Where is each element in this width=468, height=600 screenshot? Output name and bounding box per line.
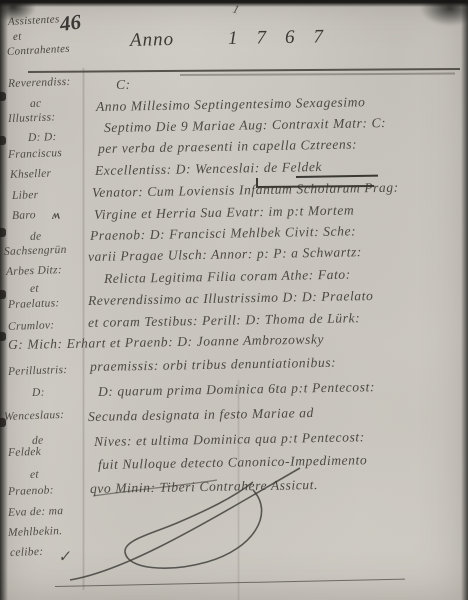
margin-note: Baro <box>12 209 36 222</box>
margin-note: Illustriss: <box>8 111 56 125</box>
binding-tick <box>0 332 6 341</box>
binding-tick <box>0 92 6 101</box>
binding-tick <box>0 228 6 237</box>
header-rule-shadow <box>180 73 455 76</box>
margin-note: Feldek <box>8 446 41 459</box>
baro-mark: ʍ <box>51 207 60 223</box>
margin-note: ac <box>30 98 42 110</box>
margin-note: Arbes Ditz: <box>6 264 62 278</box>
margin-note: Liber <box>12 189 39 202</box>
body-line: per verba de praesenti in capella Cztree… <box>98 136 357 157</box>
body-line: Relicta Legitima Filia coram Athe: Fato: <box>104 267 351 287</box>
margin-note: de <box>30 231 42 243</box>
body-line: praemissis: orbi tribus denuntiationibus… <box>90 355 336 375</box>
year-word-anno: Anno <box>130 29 175 52</box>
margin-note: Wenceslaus: <box>4 409 65 423</box>
feldek-bracket-tick <box>256 178 258 187</box>
corner-stain-top-right <box>420 0 468 26</box>
body-line: C: <box>116 77 131 93</box>
page-number: 46 <box>58 10 82 37</box>
body-line: et coram Testibus: Perill: D: Thoma de L… <box>88 310 361 331</box>
body-line: Septimo Die 9 Mariae Aug: Contraxit Matr… <box>104 115 386 136</box>
signature-flourish <box>55 452 325 592</box>
body-line: Reverendissimo ac Illustrissimo D: D: Pr… <box>88 288 374 309</box>
margin-header-line: Assistentes <box>8 13 60 28</box>
body-line: Praenob: D: Francisci Mehlbek Civit: Sch… <box>90 223 356 244</box>
body-line: G: Mich: Erhart et Praenb: D: Joanne Amb… <box>8 331 324 353</box>
margin-header-line: Contrahentes <box>7 43 70 58</box>
margin-note: Praenob: <box>8 484 54 498</box>
body-line: Anno Millesimo Septingentesimo Sexagesim… <box>96 94 366 115</box>
body-line: varii Pragae Ulsch: Annor: p: P: a Schwa… <box>88 244 362 265</box>
margin-note: Crumlov: <box>8 319 55 333</box>
margin-note: et <box>30 283 39 295</box>
feldek-underline <box>296 175 378 178</box>
body-line: Virgine et Herria Sua Evatr: im p:t Mort… <box>94 202 355 223</box>
margin-note: Praelatus: <box>8 297 60 311</box>
margin-note: Khseller <box>10 168 52 181</box>
margin-note: Sachsengrün <box>4 244 67 258</box>
binding-tick <box>0 136 6 145</box>
page-edge-left <box>0 0 8 600</box>
margin-note: Franciscus <box>8 147 62 161</box>
header-rule <box>28 68 460 73</box>
margin-note: et <box>30 469 39 481</box>
body-line: Excellentiss: D: Wenceslai: de Feldek <box>95 159 322 179</box>
page-edge-right <box>461 0 468 600</box>
margin-note: Reverendiss: <box>8 76 71 90</box>
margin-header-line: et <box>13 31 22 43</box>
binding-tick <box>0 290 6 299</box>
body-line: Venator: Cum Loviensis Infantum Scholaru… <box>92 180 399 201</box>
body-line: Secunda designata in festo Mariae ad <box>88 405 314 425</box>
body-line: D: quarum prima Dominica 6ta p:t Penteco… <box>98 379 375 400</box>
body-line: Nives: et ultima Dominica qua p:t Pentec… <box>94 429 365 450</box>
scanned-register-page: Assistentes et Contrahentes 46 1 Anno 17… <box>0 0 468 600</box>
year-digits: 1767 <box>228 26 342 50</box>
margin-note: Perillustris: <box>8 364 68 378</box>
margin-note: D: D: <box>28 131 57 144</box>
margin-note: D: <box>32 387 45 399</box>
margin-note: celibe: <box>10 546 44 559</box>
